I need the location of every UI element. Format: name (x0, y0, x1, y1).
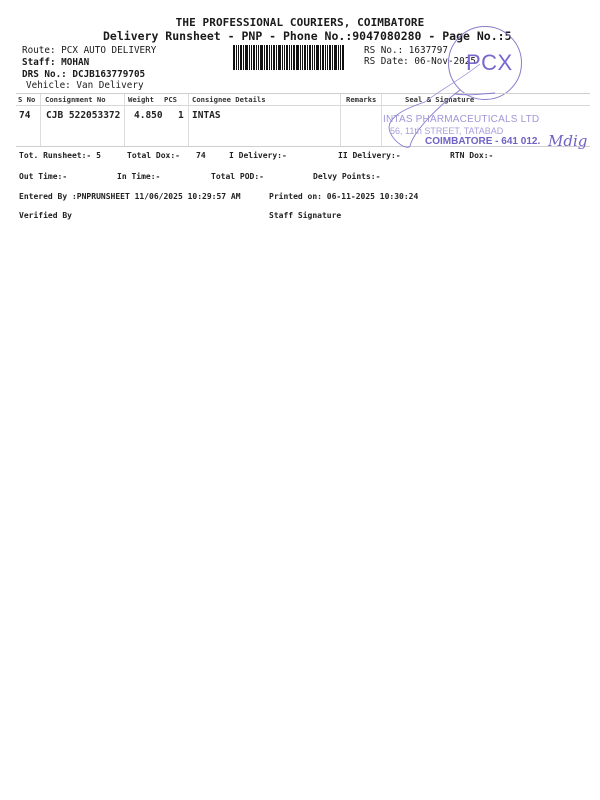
vehicle-label: Vehicle: Van Delivery (26, 80, 144, 91)
column-divider (40, 94, 41, 146)
in-time: In Time:- (117, 172, 160, 181)
total-pod: Total POD:- (211, 172, 264, 181)
i-delivery: I Delivery:- (229, 151, 287, 160)
cell-sno: 74 (19, 110, 30, 121)
column-divider (188, 94, 189, 146)
column-divider (124, 94, 125, 146)
column-divider (340, 94, 341, 146)
printed-on: Printed on: 06-11-2025 10:30:24 (269, 192, 418, 201)
drs-number: DRS No.: DCJB163779705 (22, 69, 145, 80)
seal-company-name: INTAS PHARMACEUTICALS LTD (383, 114, 539, 125)
header-divider (16, 105, 590, 106)
staff-signature: Staff Signature (269, 211, 341, 220)
barcode (233, 45, 361, 70)
runsheet-subtitle: Delivery Runsheet - PNP - Phone No.:9047… (103, 29, 512, 43)
cell-consignment-no: CJB 522053372 (46, 110, 120, 121)
total-dox-label: Total Dox:- (127, 151, 180, 160)
rtn-dox: RTN Dox:- (450, 151, 493, 160)
entered-by: Entered By :PNPRUNSHEET 11/06/2025 10:29… (19, 192, 241, 201)
rs-number: RS No.: 1637797 (364, 45, 448, 56)
total-dox-value: 74 (196, 151, 206, 160)
col-header-weight: Weight (128, 95, 154, 104)
tot-runsheet: Tot. Runsheet:- 5 (19, 151, 101, 160)
col-header-consignment: Consignment No (45, 95, 106, 104)
cell-pcs: 1 (178, 110, 184, 121)
seal-address: 56, 11th STREET, TATABAD (390, 126, 503, 136)
cell-consignee: INTAS (192, 110, 221, 121)
company-title: THE PROFESSIONAL COURIERS, COIMBATORE (0, 16, 600, 29)
col-header-pcs: PCS (164, 95, 177, 104)
seal-city: COIMBATORE - 641 012. (425, 136, 540, 147)
col-header-consignee: Consignee Details (192, 95, 266, 104)
handwritten-signature: Mdig (548, 132, 587, 150)
verified-by: Verified By (19, 211, 72, 220)
cell-weight: 4.850 (134, 110, 163, 121)
out-time: Out Time:- (19, 172, 67, 181)
route-label: Route: PCX AUTO DELIVERY (22, 45, 156, 56)
delvy-points: Delvy Points:- (313, 172, 380, 181)
col-header-remarks: Remarks (346, 95, 376, 104)
col-header-sno: S No (18, 95, 35, 104)
ii-delivery: II Delivery:- (338, 151, 401, 160)
staff-label: Staff: MOHAN (22, 57, 89, 68)
